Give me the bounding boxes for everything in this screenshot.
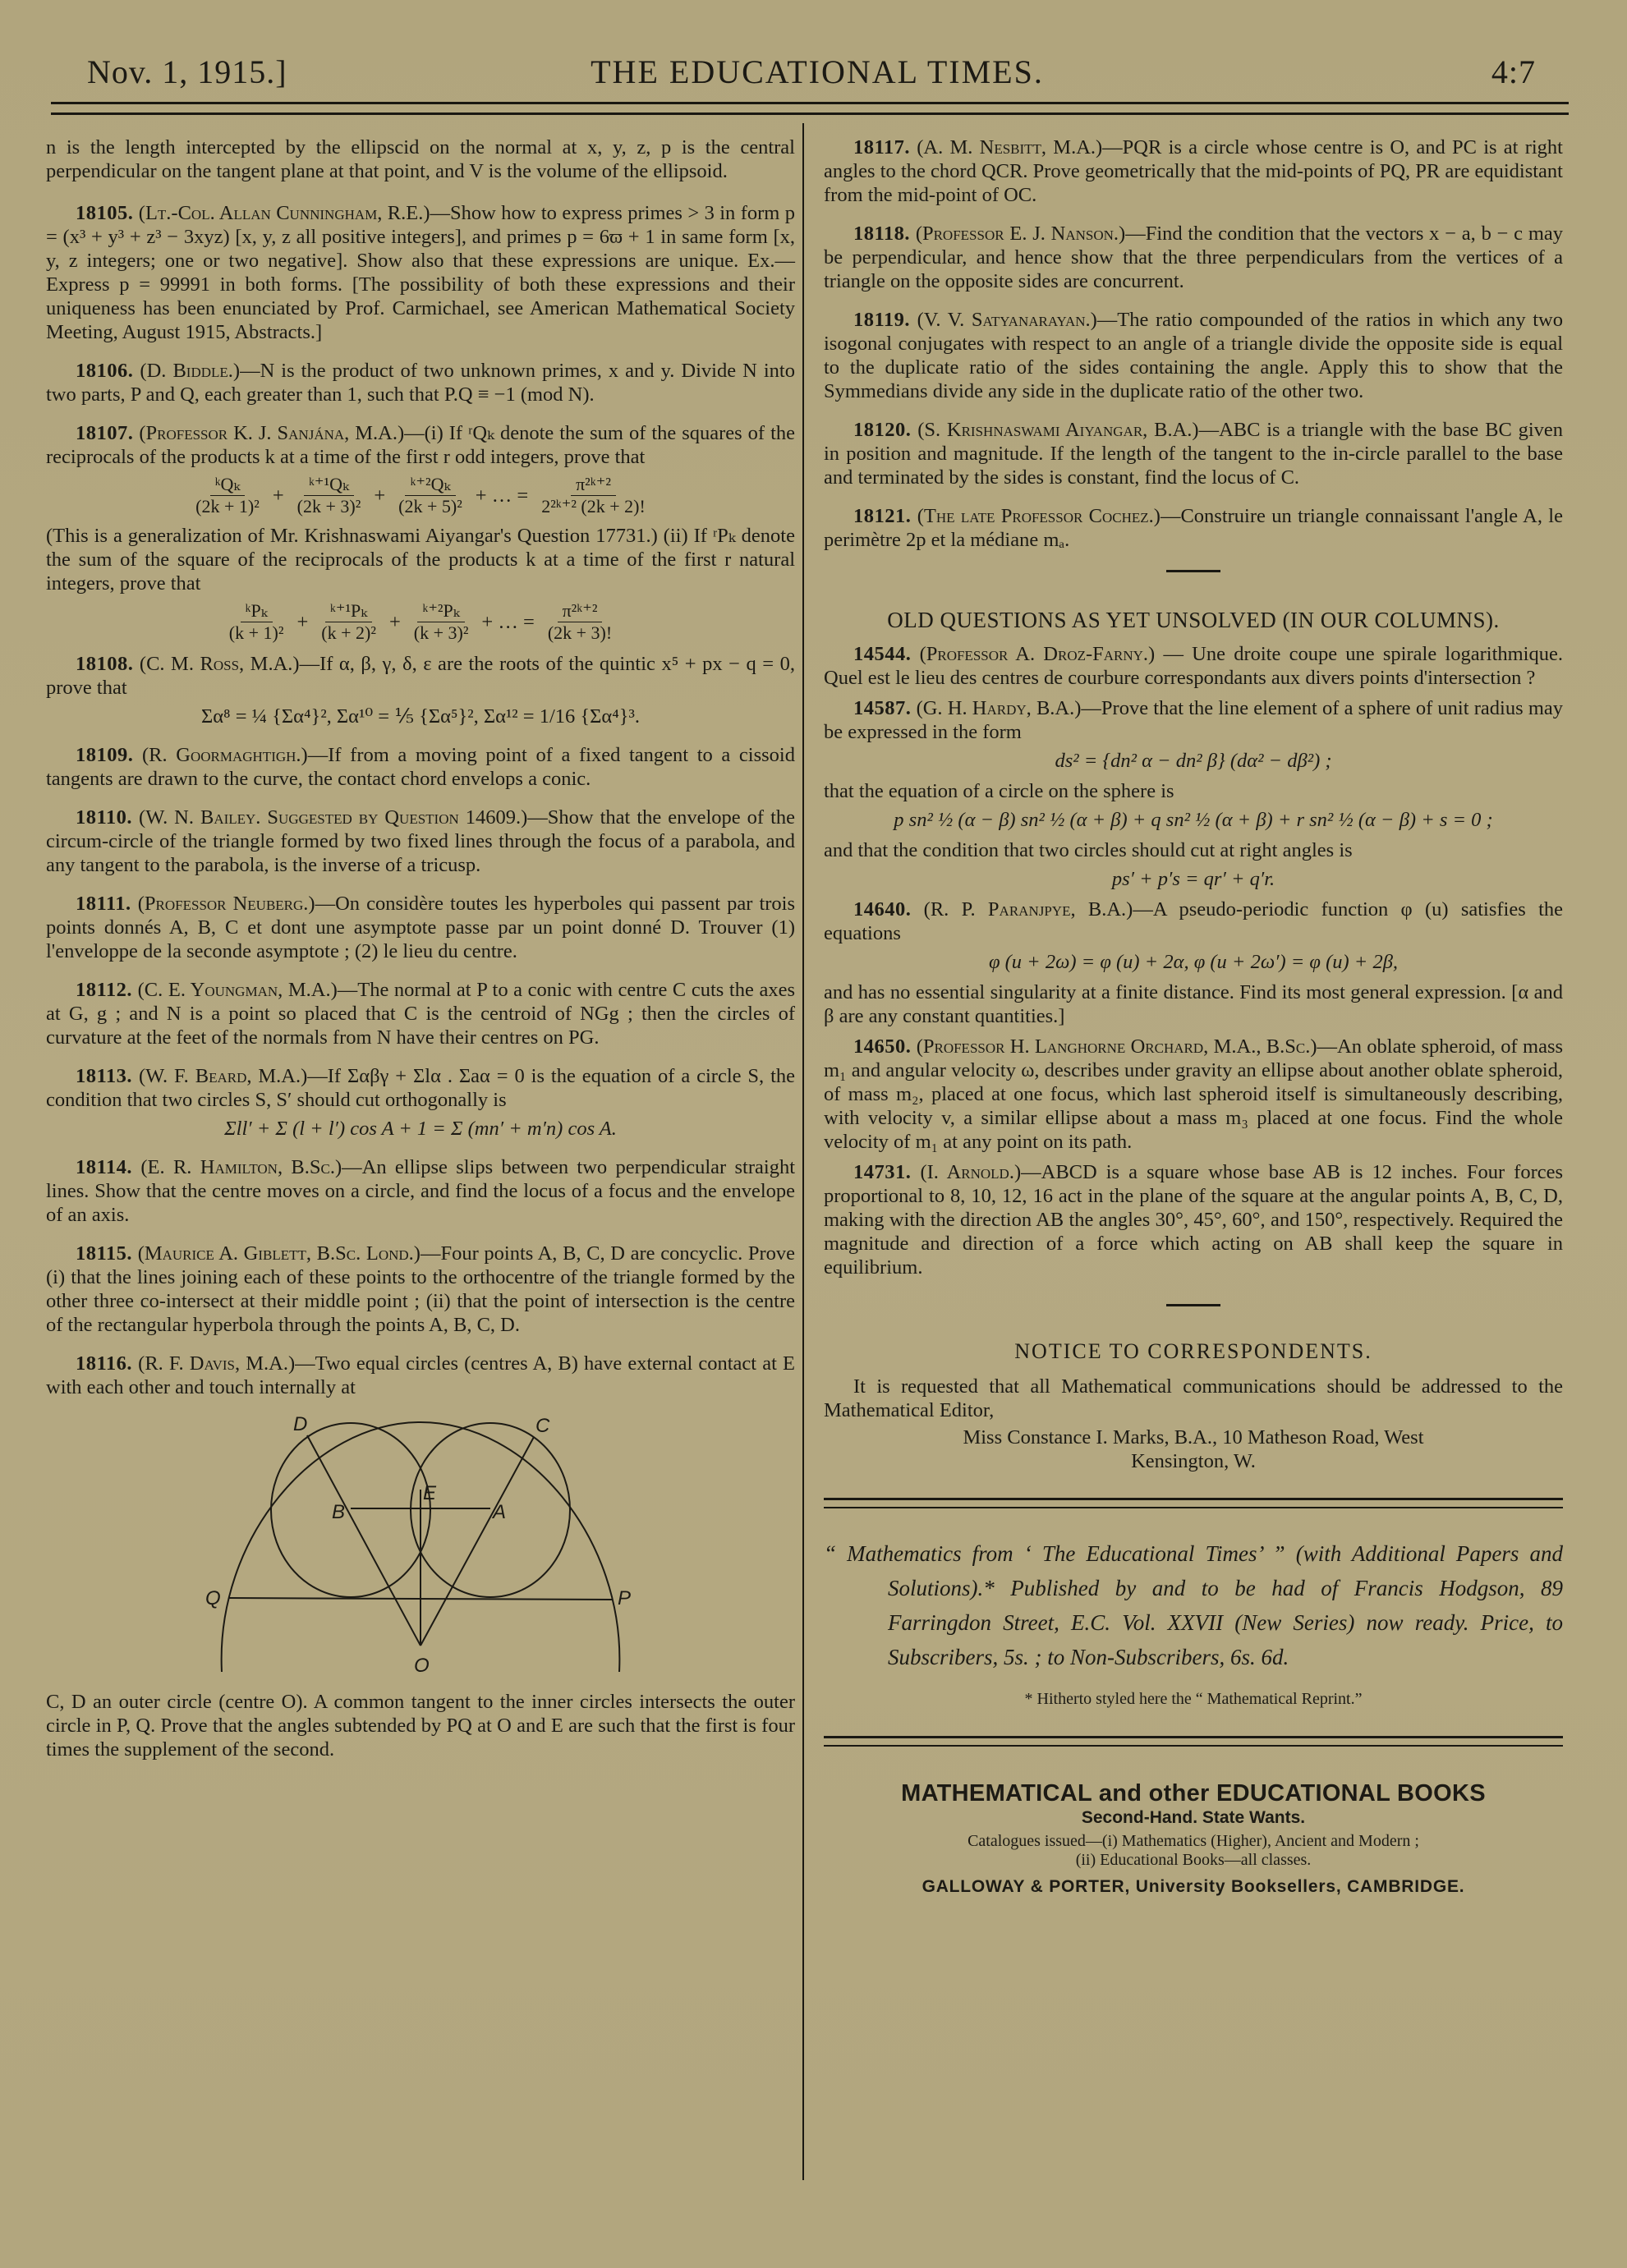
question-18115: 18115. (Maurice A. Giblett, B.Sc. Lond.)… xyxy=(46,1242,795,1337)
svg-text:D: D xyxy=(293,1413,307,1435)
reprint-advert: “ Mathematics from ‘ The Educational Tim… xyxy=(824,1536,1563,1674)
question-18111: 18111. (Professor Neuberg.)—On considère… xyxy=(46,892,795,963)
svg-text:E: E xyxy=(423,1482,437,1504)
equation-18107-i: ᵏQₖ(2k + 1)² + ᵏ⁺¹Qₖ(2k + 3)² + ᵏ⁺²Qₖ(2k… xyxy=(46,474,795,517)
svg-text:P: P xyxy=(618,1587,631,1609)
right-column: 18117. (A. M. Nesbitt, M.A.)—PQR is a ci… xyxy=(824,135,1563,1898)
circles-diagram: D C B E A Q P O xyxy=(191,1407,650,1678)
question-18121: 18121. (The late Professor Cochez.)—Cons… xyxy=(824,504,1563,552)
question-18118: 18118. (Professor E. J. Nanson.)—Find th… xyxy=(824,222,1563,293)
question-18113: 18113. (W. F. Beard, M.A.)—If Σαβγ + Σlα… xyxy=(46,1064,795,1141)
question-18119: 18119. (V. V. Satyanarayan.)—The ratio c… xyxy=(824,308,1563,403)
question-18105: 18105. (Lt.-Col. Allan Cunningham, R.E.)… xyxy=(46,201,795,344)
question-18117: 18117. (A. M. Nesbitt, M.A.)—PQR is a ci… xyxy=(824,135,1563,207)
catalogue-line-1: Catalogues issued—(i) Mathematics (Highe… xyxy=(824,1832,1563,1851)
question-14640: 14640. (R. P. Paranjpye, B.A.)—A pseudo-… xyxy=(824,898,1563,1028)
advert-footnote: * Hitherto styled here the “ Mathematica… xyxy=(824,1687,1563,1711)
page-header: Nov. 1, 1915.] THE EDUCATIONAL TIMES. 4:… xyxy=(49,49,1585,90)
section-divider-2 xyxy=(1166,1304,1220,1306)
question-14650: 14650. (Professor H. Langhorne Orchard, … xyxy=(824,1035,1563,1154)
old-questions-heading: OLD QUESTIONS AS YET UNSOLVED (IN OUR CO… xyxy=(824,608,1563,632)
advert-rule xyxy=(824,1498,1563,1508)
question-18106: 18106. (D. Biddle.)—N is the product of … xyxy=(46,359,795,406)
continuation-text: n is the length intercepted by the ellip… xyxy=(46,135,795,183)
notice-body: It is requested that all Mathematical co… xyxy=(824,1375,1563,1422)
question-18112: 18112. (C. E. Youngman, M.A.)—The normal… xyxy=(46,978,795,1049)
question-14587: 14587. (G. H. Hardy, B.A.)—Prove that th… xyxy=(824,696,1563,891)
svg-text:O: O xyxy=(414,1655,430,1677)
catalogue-line-2: (ii) Educational Books—all classes. xyxy=(824,1851,1563,1870)
books-advert: MATHEMATICAL and other EDUCATIONAL BOOKS… xyxy=(824,1779,1563,1898)
notice-address-1: Miss Constance I. Marks, B.A., 10 Mathes… xyxy=(824,1426,1563,1449)
question-18109: 18109. (R. Goormaghtigh.)—If from a movi… xyxy=(46,743,795,791)
header-rule xyxy=(51,102,1569,115)
question-18110: 18110. (W. N. Bailey. Suggested by Quest… xyxy=(46,806,795,877)
svg-text:B: B xyxy=(332,1501,345,1523)
books-headline: MATHEMATICAL and other EDUCATIONAL BOOKS xyxy=(824,1779,1563,1807)
geometry-figure: D C B E A Q P O xyxy=(46,1407,795,1678)
question-18108: 18108. (C. M. Ross, M.A.)—If α, β, γ, δ,… xyxy=(46,652,795,728)
equation-18107-ii: ᵏPₖ(k + 1)² + ᵏ⁺¹Pₖ(k + 2)² + ᵏ⁺²Pₖ(k + … xyxy=(46,600,795,644)
page-number: 4:7 xyxy=(1491,53,1536,91)
journal-page: Nov. 1, 1915.] THE EDUCATIONAL TIMES. 4:… xyxy=(0,0,1627,2268)
equation-18108: Σα⁸ = ¼ {Σα⁴}², Σα¹⁰ = ⅕ {Σα⁵}², Σα¹² = … xyxy=(46,705,795,728)
question-18114: 18114. (E. R. Hamilton, B.Sc.)—An ellips… xyxy=(46,1155,795,1227)
notice-heading: NOTICE TO CORRESPONDENTS. xyxy=(824,1339,1563,1363)
svg-text:A: A xyxy=(491,1501,506,1523)
column-divider xyxy=(802,123,804,2180)
equation-14587-circle: p sn² ½ (α − β) sn² ½ (α + β) + q sn² ½ … xyxy=(824,808,1563,832)
notice-address-2: Kensington, W. xyxy=(824,1449,1563,1473)
publication-title: THE EDUCATIONAL TIMES. xyxy=(49,53,1585,91)
bookseller-name: GALLOWAY & PORTER, University Bookseller… xyxy=(824,1875,1563,1898)
section-divider xyxy=(1166,570,1220,572)
equation-14587-orthogonal: ps′ + p′s = qr′ + q′r. xyxy=(824,867,1563,891)
question-18120: 18120. (S. Krishnaswami Aiyangar, B.A.)—… xyxy=(824,418,1563,489)
question-14544: 14544. (Professor A. Droz-Farny.) — Une … xyxy=(824,642,1563,690)
question-14731: 14731. (I. Arnold.)—ABCD is a square who… xyxy=(824,1160,1563,1279)
equation-14587-line-element: ds² = {dn² α − dn² β} (dα² − dβ²) ; xyxy=(824,749,1563,773)
equation-14640: φ (u + 2ω) = φ (u) + 2α, φ (u + 2ω′) = φ… xyxy=(824,950,1563,974)
left-column: n is the length intercepted by the ellip… xyxy=(46,135,795,1761)
question-18116: 18116. (R. F. Davis, M.A.)—Two equal cir… xyxy=(46,1352,795,1761)
svg-text:Q: Q xyxy=(205,1587,221,1609)
equation-18113: Σll′ + Σ (l + l′) cos A + 1 = Σ (mn′ + m… xyxy=(46,1117,795,1141)
svg-text:C: C xyxy=(535,1415,550,1437)
books-subline: Second-Hand. State Wants. xyxy=(824,1807,1563,1829)
question-18107: 18107. (Professor K. J. Sanjána, M.A.)—(… xyxy=(46,421,795,644)
books-rule xyxy=(824,1736,1563,1747)
